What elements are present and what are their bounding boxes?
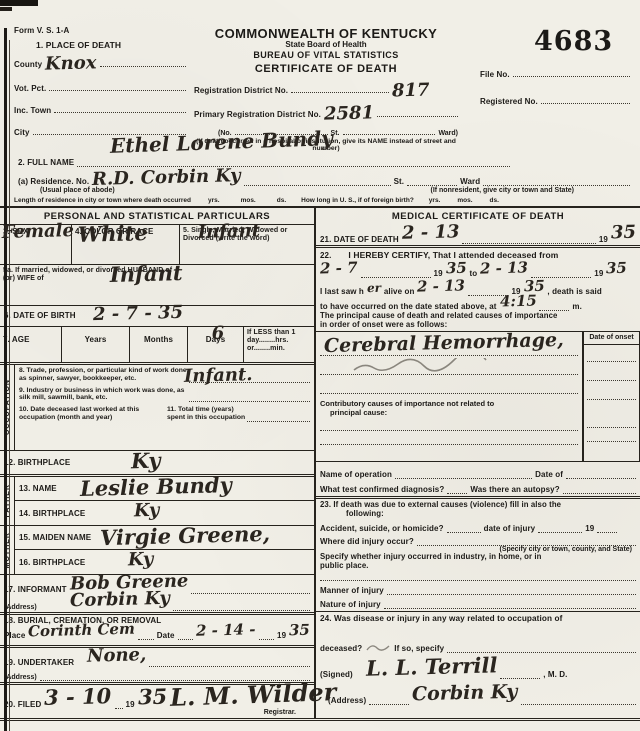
attended-to-year: 35 [606, 261, 627, 277]
header-left: Form V. S. 1-A 1. PLACE OF DEATH County … [14, 26, 190, 142]
sex-race-marital-row: 3. SEX Female 4. COLOR OR RACE White 5. … [0, 225, 314, 265]
medical-certificate-header: MEDICAL CERTIFICATE OF DEATH [316, 208, 640, 224]
yrs-label-2: yrs. [429, 197, 441, 204]
st2-label: St. [394, 177, 405, 186]
ward2-label: Ward [460, 177, 480, 186]
mos-label: mos. [241, 197, 256, 204]
sex-value: Female [2, 222, 75, 263]
date-of-onset-column: Date of onset [582, 332, 640, 461]
dotted-line [54, 104, 186, 113]
ds-label-2: ds. [490, 197, 499, 204]
personal-particulars-column: PERSONAL AND STATISTICAL PARTICULARS 3. … [0, 208, 316, 718]
attended-from-value: 2 - 7 [320, 261, 358, 277]
undertaker-label: 19. UNDERTAKER [4, 658, 74, 667]
primary-reg-value: 2581 [324, 104, 375, 123]
dod-19-label: 19 [599, 235, 608, 244]
dotted-line [447, 524, 481, 533]
to-word: to [470, 269, 478, 278]
ward-label: Ward) [438, 130, 458, 137]
age-months-label: Months [144, 335, 173, 344]
accident-label: Accident, suicide, or homicide? [320, 524, 444, 533]
occupation-value: Infant. [184, 366, 253, 386]
main-columns: PERSONAL AND STATISTICAL PARTICULARS 3. … [0, 206, 640, 721]
dob-value: 2 - 7 - 35 [92, 303, 183, 323]
father-block: FATHER 13. NAME Leslie Bundy 14. BIRTHPL… [0, 477, 314, 526]
informant-address-value: Corbin Ky [69, 590, 169, 611]
length-of-residence-row: Length of residence in city or town wher… [10, 196, 634, 206]
filed-label: 20. FILED [4, 700, 41, 709]
dod-label: 21. DATE OF DEATH [320, 235, 399, 244]
where-injury-label: Where did injury occur? [320, 537, 414, 546]
dotted-line [447, 485, 467, 494]
dotted-line [384, 600, 636, 609]
autopsy-label: Was there an autopsy? [470, 485, 559, 494]
informant-label: 17. INFORMANT [4, 585, 67, 594]
dotted-line [483, 177, 630, 186]
deceased-q-label: deceased? [320, 644, 362, 653]
dotted-line [377, 108, 458, 117]
dotted-line [597, 524, 617, 533]
bureau-title: BUREAU OF VITAL STATISTICS [190, 50, 462, 61]
dotted-line [178, 631, 194, 640]
mos-label-2: mos. [457, 197, 472, 204]
medical-certificate-column: MEDICAL CERTIFICATE OF DEATH 21. DATE OF… [316, 208, 640, 718]
mother-birthplace-label: 16. BIRTHPLACE [19, 558, 85, 567]
test-label: What test confirmed diagnosis? [320, 485, 444, 494]
if-so-label: If so, specify [394, 644, 444, 653]
county-value: Knox [45, 54, 97, 73]
physician-signature: L. L. Terrill [366, 654, 498, 678]
burial-place-value: Corinth Cem [28, 622, 135, 640]
contributory-label: Contributory causes of importance not re… [320, 400, 578, 417]
nonresident-note: (If nonresident, give city or town and S… [430, 187, 574, 194]
injury-19-label: 19 [585, 524, 594, 533]
mother-maiden-label: 15. MAIDEN NAME [19, 533, 91, 542]
birthplace-row: 12. BIRTHPLACE Ky [0, 451, 314, 477]
specify-whether-label: Specify whether injury occurred in indus… [320, 553, 636, 571]
burial-year-value: 35 [289, 623, 310, 639]
dotted-line [387, 586, 636, 595]
cause-of-death-value: Cerebral Hemorrhage, [324, 331, 564, 356]
occ9-label: 9. Industry or business in which work wa… [19, 387, 189, 403]
illegible-scribble [365, 641, 391, 653]
q24-label: 24. Was disease or injury in any way rel… [320, 614, 636, 623]
dotted-line [49, 82, 186, 91]
residence-row: (a) Residence. No. R.D. Corbin Ky St. Wa… [14, 169, 634, 194]
undertaker-row: 19. UNDERTAKER None, [0, 648, 314, 668]
dotted-line [407, 177, 457, 186]
occ11-label: 11. Total time (years) spent in this occ… [167, 406, 247, 422]
filed-row: 20. FILED 3 - 10 19 35 L. M. Wilder Regi… [0, 685, 314, 718]
dotted-line [521, 696, 636, 705]
residence-value: R.D. Corbin Ky [92, 167, 241, 189]
dotted-line [343, 126, 436, 135]
principal-cause-label-1: The principal cause of death and related… [320, 311, 636, 320]
illegible-scribble [350, 358, 490, 374]
file-no-label: File No. [480, 70, 510, 79]
ds-label: ds. [277, 197, 286, 204]
how-long-label: How long in U. S., if of foreign birth? [301, 197, 414, 204]
father-name-value: Leslie Bundy [79, 474, 231, 499]
burial-place-label: Place [4, 631, 25, 640]
manner-label: Manner of injury [320, 586, 384, 595]
date-of-death-row: 21. DATE OF DEATH 2 - 13 19 35 [316, 224, 640, 248]
full-name-row: 2. FULL NAME Ethel Lorene Bundy [14, 144, 634, 168]
race-value: White [78, 222, 149, 263]
burial-row: 18. BURIAL, CREMATION, OR REMOVAL Place … [0, 615, 314, 648]
death-time-value: 4:15 [499, 294, 536, 310]
mother-block: MOTHER 15. MAIDEN NAME Virgie Greene, 16… [0, 526, 314, 575]
dotted-line [244, 177, 391, 186]
cause-of-death-area: Cerebral Hemorrhage, Contributory causes… [316, 332, 640, 462]
occurred-label: to have occurred on the date stated abov… [320, 302, 497, 311]
dotted-line [538, 524, 582, 533]
informant-address-row: (Address) Corbin Ky [0, 595, 314, 615]
undertaker-value: None, [87, 646, 147, 666]
dotted-line [247, 413, 310, 422]
less-than-label: If LESS than 1 day........hrs. or.......… [247, 329, 311, 353]
burial-date-value: 2 - 14 - [196, 622, 256, 639]
certificate-title: CERTIFICATE OF DEATH [190, 63, 462, 75]
filed-date-value: 3 - 10 [44, 685, 112, 708]
mother-birthplace-value: Ky [128, 551, 154, 570]
dotted-line [77, 158, 510, 167]
to-19-label: 19 [594, 269, 603, 278]
dotted-line [513, 68, 630, 77]
alive-on-label: alive on [384, 287, 415, 296]
inc-town-label: Inc. Town [14, 106, 51, 115]
dotted-line [566, 470, 636, 479]
father-birthplace-value: Ky [134, 502, 160, 521]
birthplace-value: Ky [131, 449, 161, 471]
birthplace-label: 12. BIRTHPLACE [4, 458, 70, 467]
dotted-line [115, 700, 123, 709]
dotted-line [259, 631, 275, 640]
dotted-line [191, 585, 310, 594]
dotted-line [369, 696, 409, 705]
operation-autopsy-block: Name of operation Date of What test conf… [316, 462, 640, 499]
death-said-label: , death is said [547, 287, 601, 296]
date-of-onset-label: Date of onset [584, 332, 639, 345]
dotted-line [462, 235, 596, 244]
dotted-line [149, 658, 310, 667]
yrs-label: yrs. [208, 197, 220, 204]
board-of-health-title: State Board of Health [190, 41, 462, 50]
primary-reg-label: Primary Registration District No. [194, 110, 321, 119]
reg-district-label: Registration District No. [194, 86, 288, 95]
header-center: COMMONWEALTH OF KENTUCKY State Board of … [190, 26, 462, 142]
her-value: er [367, 282, 381, 294]
age-row: 7. AGE Years Months Days 6 If LESS than … [0, 327, 314, 365]
commonwealth-title: COMMONWEALTH OF KENTUCKY [190, 26, 462, 41]
mother-vertical-label: MOTHER [0, 526, 15, 574]
dotted-line [500, 670, 540, 679]
occupation-relation-block: 24. Was disease or injury in any way rel… [316, 612, 640, 718]
place-of-death-heading: 1. PLACE OF DEATH [36, 40, 190, 50]
occ10-label: 10. Date deceased last worked at this oc… [19, 406, 159, 422]
dotted-line [447, 644, 636, 653]
city-label: City [14, 128, 30, 137]
length-label: Length of residence in city or town wher… [14, 197, 191, 204]
dotted-line [395, 470, 532, 479]
dotted-line [541, 95, 630, 104]
filed-year-value: 35 [137, 686, 167, 708]
dotted-line [189, 393, 310, 402]
residence-label: (a) Residence. No. [18, 177, 89, 186]
death-certificate-document: Form V. S. 1-A 1. PLACE OF DEATH County … [0, 0, 640, 731]
physician-address-value: Corbin Ky [412, 682, 518, 704]
nature-label: Nature of injury [320, 600, 381, 609]
county-label: County [14, 60, 42, 69]
full-name-value: Ethel Lorene Bundy [110, 128, 333, 156]
date-of-label: Date of [535, 470, 563, 479]
last-saw-value: 2 - 13 [417, 278, 465, 294]
md-label: , M. D. [543, 670, 567, 679]
dotted-line [563, 485, 636, 494]
header-section: Form V. S. 1-A 1. PLACE OF DEATH County … [0, 0, 640, 142]
scan-smudge [0, 0, 38, 6]
dotted-line [138, 631, 154, 640]
dod-value: 2 - 13 [402, 223, 460, 243]
attended-to-value: 2 - 13 [480, 260, 528, 276]
certificate-number: 4683 [534, 26, 634, 57]
q23-label: 23. If death was due to external causes … [320, 501, 636, 519]
dob-label: 6. DATE OF BIRTH [4, 311, 76, 320]
certify-block: 22. I HEREBY CERTIFY, That I attended de… [316, 248, 640, 332]
header-right: 4683 File No. Registered No. [462, 26, 634, 142]
date-injury-label: date of injury [484, 524, 536, 533]
last-saw-pre-label: I last saw h [320, 287, 364, 296]
vot-pct-label: Vot. Pct. [14, 84, 46, 93]
registered-no-label: Registered No. [480, 97, 538, 106]
age-years-label: Years [85, 335, 107, 344]
external-causes-block: 23. If death was due to external causes … [316, 499, 640, 612]
registrar-signature: L. M. Wilder [170, 680, 337, 710]
principal-cause-label-2: in order of onset were as follows: [320, 320, 636, 329]
date-of-birth-row: 6. DATE OF BIRTH 2 - 7 - 35 [0, 306, 314, 327]
father-birthplace-label: 14. BIRTHPLACE [19, 509, 85, 518]
burial-19-label: 19 [277, 631, 286, 640]
husband-wife-row: 5a. If married, widowed, or divorced HUS… [0, 265, 314, 305]
operation-label: Name of operation [320, 470, 392, 479]
father-name-label: 13. NAME [19, 484, 57, 493]
age-days-value: 6 [212, 324, 225, 360]
occupation-block: OCCUPATION 8. Trade, profession, or part… [0, 365, 314, 451]
filed-19-label: 19 [126, 700, 135, 709]
mother-maiden-value: Virgie Greene, [100, 523, 270, 548]
dotted-line [173, 602, 310, 611]
full-name-label: 2. FULL NAME [18, 158, 74, 167]
dotted-line [291, 84, 389, 93]
dod-year-value: 35 [611, 224, 637, 243]
attended-from-year: 35 [445, 261, 466, 277]
husband-wife-value: Infant [110, 262, 184, 301]
scan-smudge [0, 7, 12, 11]
m-label: m. [572, 302, 582, 311]
age-label: 7. AGE [3, 335, 30, 344]
registrar-label: Registrar. [4, 709, 296, 716]
burial-date-label: Date [157, 631, 175, 640]
occupation-vertical-label: OCCUPATION [0, 365, 15, 450]
dotted-line [417, 537, 636, 546]
father-vertical-label: FATHER [0, 477, 15, 525]
dotted-line [539, 302, 569, 311]
form-number: Form V. S. 1-A [14, 26, 190, 35]
occ8-label: 8. Trade, profession, or particular kind… [19, 367, 189, 383]
reg-district-value: 817 [392, 81, 430, 100]
marital-value: Infant [197, 222, 260, 265]
dotted-line [100, 58, 186, 67]
